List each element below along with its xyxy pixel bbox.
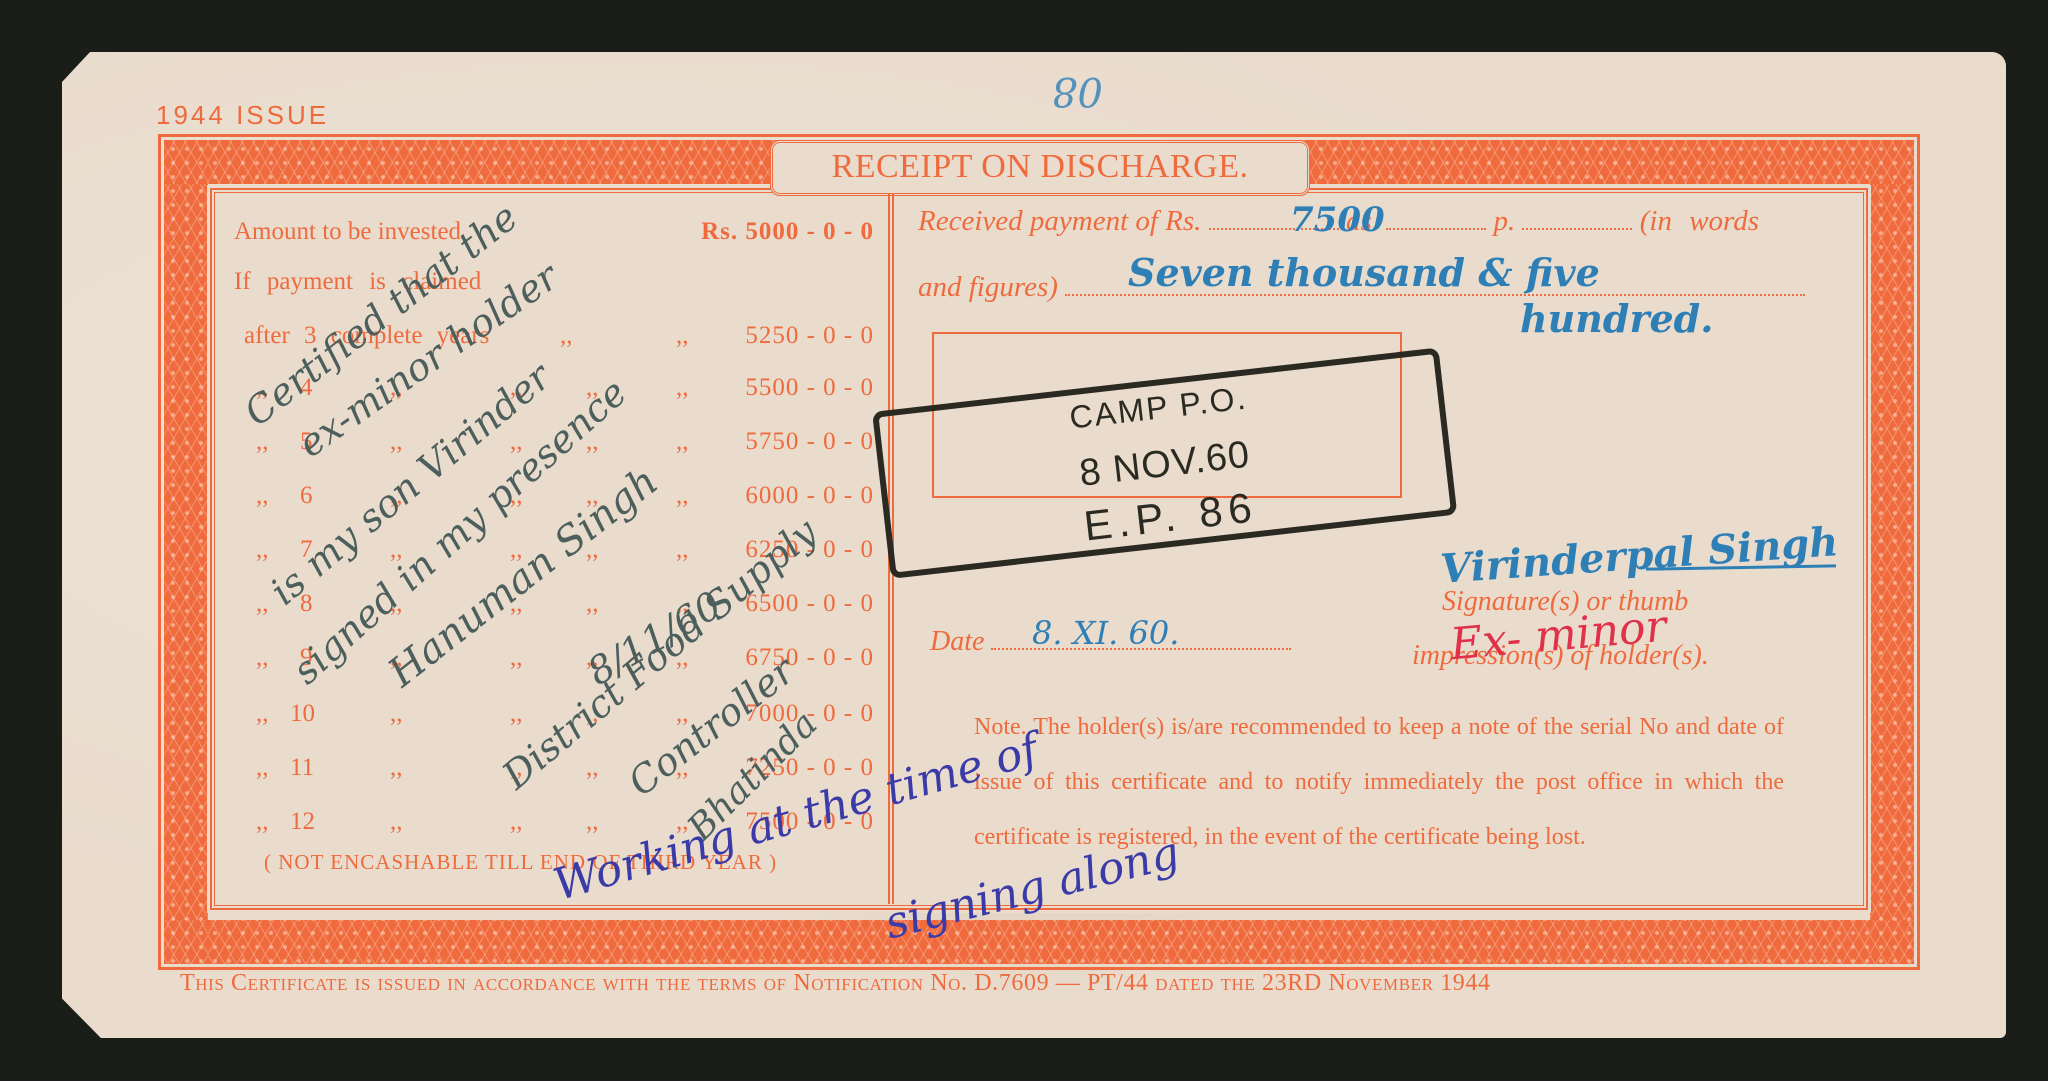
handwritten-amount-words-2: hundred. (1520, 296, 1713, 341)
amount-invested-value: Rs. 5000 - 0 - 0 (701, 218, 874, 246)
amount-invested-label: Amount to be invested (234, 218, 461, 246)
footer-notification: This Certificate is issued in accordance… (180, 970, 1920, 997)
handwritten-amount-words-1: Seven thousand & five (1128, 250, 1600, 295)
amount-invested-row: Amount to be invested Rs. 5000 - 0 - 0 (234, 218, 874, 252)
holder-note: Note. The holder(s) is/are recommended t… (974, 700, 1784, 865)
issue-label: 1944 ISSUE (156, 100, 329, 131)
schedule-row: ,, 6 ,, ,, ,, ,, 6000 - 0 - 0 (234, 482, 874, 516)
annas-field (1386, 228, 1486, 230)
top-blue-mark: 08 (1052, 68, 1103, 114)
p-label: p. (1493, 205, 1515, 237)
received-label: Received payment of Rs. (918, 205, 1201, 237)
in-words-label: (in words (1640, 205, 1759, 237)
document-title: RECEIPT ON DISCHARGE. (770, 140, 1310, 196)
date-label: Date (930, 626, 984, 657)
pies-field (1522, 228, 1632, 230)
handwritten-amount: 7500 (1290, 200, 1385, 240)
handwritten-date: 8. XI. 60. (1032, 614, 1179, 652)
figures-label: and figures) (918, 271, 1058, 303)
